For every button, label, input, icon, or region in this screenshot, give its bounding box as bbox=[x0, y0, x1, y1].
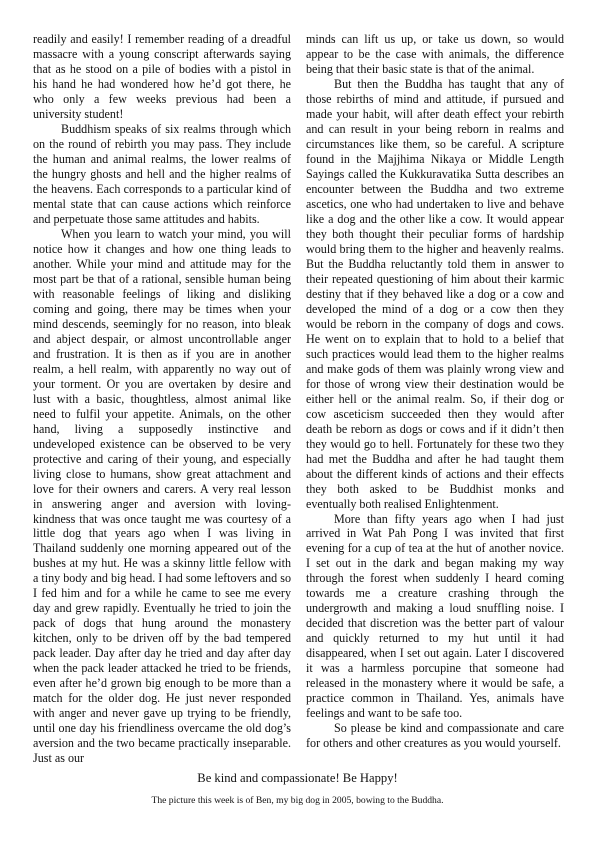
paragraph: More than fifty years ago when I had jus… bbox=[306, 512, 564, 722]
document-page: readily and easily! I remember reading o… bbox=[0, 0, 595, 842]
picture-caption: The picture this week is of Ben, my big … bbox=[0, 795, 595, 807]
footer-motto: Be kind and compassionate! Be Happy! bbox=[0, 771, 595, 786]
paragraph: readily and easily! I remember reading o… bbox=[33, 32, 291, 122]
left-column: readily and easily! I remember reading o… bbox=[33, 32, 291, 766]
paragraph: So please be kind and compassionate and … bbox=[306, 721, 564, 751]
paragraph: minds can lift us up, or take us down, s… bbox=[306, 32, 564, 77]
paragraph: When you learn to watch your mind, you w… bbox=[33, 227, 291, 766]
paragraph: Buddhism speaks of six realms through wh… bbox=[33, 122, 291, 227]
paragraph: But then the Buddha has taught that any … bbox=[306, 77, 564, 512]
right-column: minds can lift us up, or take us down, s… bbox=[306, 32, 564, 751]
